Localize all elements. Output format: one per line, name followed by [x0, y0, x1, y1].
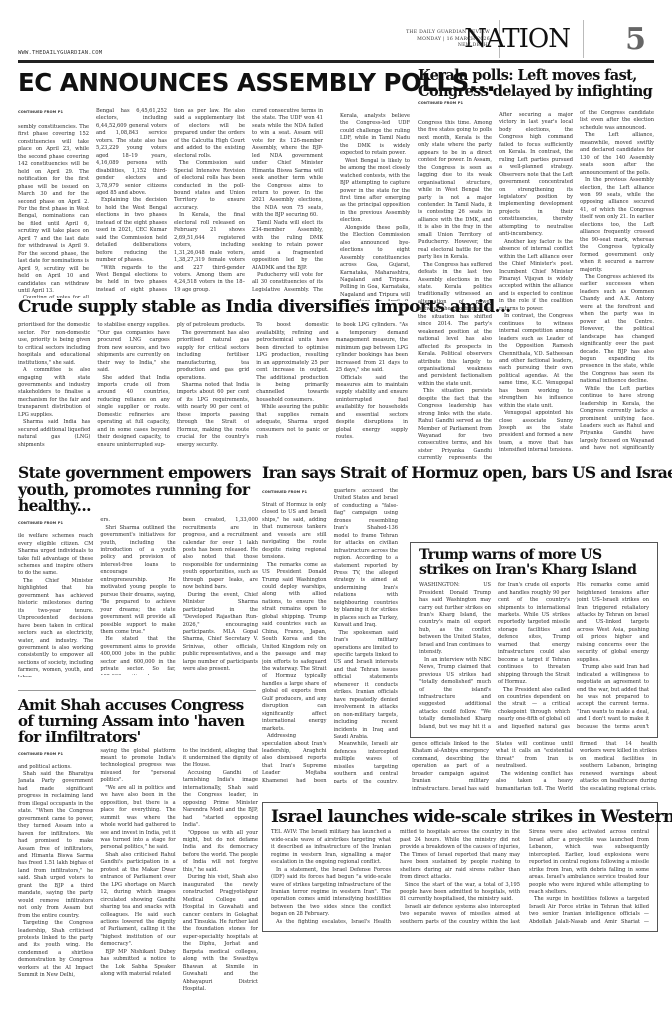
- paragraph: The spokesman said Iran's military opera…: [334, 630, 399, 742]
- paragraph: The President also called on countries d…: [498, 687, 570, 731]
- paragraph: The Congress achieved its earlier succes…: [580, 274, 654, 386]
- paragraph: Strait of Hormuz is only closed to US an…: [262, 502, 327, 562]
- headline: Kerala polls: Left moves fast, Congress …: [418, 68, 658, 99]
- paragraph: TEL AVIV: The Israeli military has launc…: [271, 829, 391, 866]
- paragraph: Sharma noted that India imports about 60…: [177, 382, 249, 449]
- paragraph: "With regards to the West Bengal electio…: [96, 265, 167, 294]
- column: to stabilise energy supplies. "Our gas c…: [97, 322, 169, 460]
- story-columns: Strait of Hormuz is only closed to US an…: [262, 498, 398, 783]
- paragraph: firmed that 14 health workers were kille…: [580, 741, 657, 793]
- column: of the Congress candidate list even afte…: [580, 110, 654, 450]
- continued-label: CONTINUED FROM P1: [418, 101, 668, 105]
- page-number: 5: [625, 22, 646, 57]
- paragraph: Shah also criticised Rahul Gandhi's part…: [100, 852, 175, 949]
- paragraph: To boost domestic availability, refining…: [256, 322, 328, 404]
- paragraph: During the event, Chief Minister Sharma …: [183, 592, 258, 674]
- column: to book LPG cylinders. "As a temporary d…: [336, 322, 408, 460]
- paragraph: Since the start of the war, a total of 3…: [400, 882, 520, 904]
- site-url: WWW.THEDAILYGUARDIAN.COM: [18, 50, 102, 56]
- paragraph: cured consecutive terms in the state. Th…: [252, 108, 323, 220]
- column: been created, 1,33,000 recruitments are …: [183, 517, 258, 675]
- column: prioritised for the domestic sector. For…: [18, 322, 90, 460]
- paragraph: In an interview with NBC News, Trump cla…: [419, 657, 491, 730]
- column: quarters accused the United States and I…: [334, 488, 399, 783]
- paragraph: gence officials linked to the Khatam al-…: [412, 741, 489, 793]
- column: and political actions.Shah said the Bhar…: [18, 760, 93, 1006]
- paragraph: A committee is also engaging with state …: [18, 367, 90, 419]
- story-columns: ile welfare schemes reach every eligible…: [18, 529, 258, 677]
- paragraph: tion as per law. He also said a suppleme…: [174, 108, 245, 160]
- paragraph: This situation persists despite the fact…: [418, 388, 492, 460]
- paragraph: The Commission said Special Intensive Re…: [174, 160, 245, 212]
- paragraph: Kerala, analysts believe the Congress-le…: [340, 113, 410, 158]
- headline: Crude supply stable as India diversifies…: [18, 298, 408, 316]
- paragraph: been created, 1,33,000 recruitments are …: [183, 517, 258, 592]
- paragraph: During his visit, Shah also inaugurated …: [183, 874, 258, 993]
- paragraph: BJP MP Nishikant Dubey has submitted a n…: [100, 949, 175, 979]
- paragraph: Congress this time. Among the five state…: [418, 120, 492, 262]
- paragraph: Meanwhile, Israeli air defences intercep…: [334, 741, 399, 783]
- column: Kerala, analysts believe the Congress-le…: [340, 113, 410, 301]
- section-name: NATION: [464, 24, 570, 54]
- story-columns: and political actions.Shah said the Bhar…: [18, 760, 258, 1006]
- column: ers.Shri Sharma outlined the government'…: [100, 517, 175, 675]
- paragraph: quarters accused the United States and I…: [334, 488, 399, 630]
- headline: Amit Shah accuses Congress of turning As…: [18, 697, 258, 746]
- paragraph: The government has also prioritised natu…: [177, 330, 249, 382]
- story-israel-strikes-box: Israel launches wide-scale strikes in We…: [262, 802, 658, 932]
- column: After securing a major victory in last y…: [499, 112, 573, 452]
- paragraph: In contrast, the Congress continues to w…: [499, 313, 573, 410]
- column: tion as per law. He also said a suppleme…: [174, 108, 245, 294]
- column: mitted to hospitals across the country i…: [400, 829, 520, 925]
- paragraph: The surge in hostilities follows a targe…: [529, 896, 649, 925]
- paragraph: While assuring the public that supplies …: [256, 404, 328, 441]
- masthead: WWW.THEDAILYGUARDIAN.COM THE DAILY GUARD…: [18, 18, 654, 60]
- paragraph: Sharma said India has secured additional…: [18, 419, 90, 449]
- paragraph: Explaining the decision to hold the West…: [96, 197, 167, 264]
- story-amit-shah: Amit Shah accuses Congress of turning As…: [18, 697, 258, 1017]
- paragraph: Shri Sharma outlined the government's in…: [100, 525, 175, 637]
- story-iran-tail: gence officials linked to the Khatam al-…: [412, 741, 657, 793]
- paragraph: In the previous Assembly election, the L…: [580, 177, 654, 274]
- column: saying the global platform meant to prom…: [100, 748, 175, 1004]
- story-trump-kharg-box: Trump warns of more US strikes on Iran's…: [410, 542, 658, 738]
- story-columns: Congress this time. Among the five state…: [418, 120, 654, 460]
- paragraph: The Left alliance, meanwhile, moved swif…: [580, 132, 654, 177]
- story-iran-body: CONTINUED FROM P1 Strait of Hormuz is on…: [262, 490, 398, 790]
- story-columns: WASHINGTON: US President Donald Trump ha…: [419, 582, 649, 730]
- paragraph: ply of petroleum products.: [177, 322, 249, 329]
- story-youth-running: State government empowers youth, promote…: [18, 465, 258, 665]
- column: TEL AVIV: The Israeli military has launc…: [271, 829, 391, 925]
- column: Strait of Hormuz is only closed to US an…: [262, 498, 327, 783]
- masthead-rule: [18, 60, 654, 63]
- paragraph: mitted to hospitals across the country i…: [400, 829, 520, 881]
- paragraph: While the Left parties continue to have …: [580, 386, 654, 450]
- paragraph: ers.: [100, 517, 175, 524]
- paragraph: In a statement, the Israel Defense Force…: [271, 867, 391, 919]
- paragraph: "Oppose us with all your might, but do n…: [183, 830, 258, 875]
- column: WASHINGTON: US President Donald Trump ha…: [419, 582, 491, 730]
- column: for Iran's crude oil exports and handles…: [498, 582, 570, 730]
- paragraph: Bengal has 6,45,61,252 electors, includi…: [96, 108, 167, 197]
- column: ply of petroleum products.The government…: [177, 322, 249, 460]
- paragraph: Alongside these polls, the Election Comm…: [340, 225, 410, 301]
- paragraph: for Iran's crude oil exports and handles…: [498, 582, 570, 686]
- paragraph: to the incident, alleging that it underm…: [183, 748, 258, 770]
- column: Congress this time. Among the five state…: [418, 120, 492, 460]
- paragraph: Israeli air defence systems also interce…: [400, 904, 520, 925]
- paragraph: Sirens were also activated across centra…: [529, 829, 649, 896]
- paragraph: Shah said the Bharatiya Janata Party gov…: [18, 771, 93, 920]
- paragraph: After securing a major victory in last y…: [499, 112, 573, 239]
- paragraph: of the Congress candidate list even afte…: [580, 110, 654, 132]
- paragraph: ile welfare schemes reach every eligible…: [18, 533, 93, 578]
- headline: EC ANNOUNCES ASSEMBLY POLLS...: [18, 68, 371, 98]
- headline: State government empowers youth, promote…: [18, 465, 258, 515]
- paragraph: sembly constituencies. The first phase c…: [18, 124, 89, 295]
- paragraph: As the fighting escalates, Israel's Heal…: [271, 919, 391, 926]
- paragraph: She added that India imports crude oil f…: [97, 375, 169, 450]
- paragraph: The widening conflict has also taken a h…: [496, 771, 573, 793]
- column: ile welfare schemes reach every eligible…: [18, 529, 93, 677]
- paragraph: West Bengal is likely to be among the mo…: [340, 158, 410, 225]
- paragraph: Tamil Nadu will elect its 234-member Ass…: [252, 220, 323, 272]
- paragraph: Venugopal appointed his close associate …: [499, 410, 573, 452]
- paragraph: The Congress has suffered defeats in the…: [418, 262, 492, 389]
- story-columns: prioritised for the domestic sector. For…: [18, 322, 408, 460]
- column: Sirens were also activated across centra…: [529, 829, 649, 925]
- story-kerala-body: Congress this time. Among the five state…: [418, 120, 654, 460]
- paragraph: His remarks come amid heightened tension…: [577, 582, 649, 664]
- paragraph: The remarks come as US President Donald …: [262, 562, 327, 733]
- column: sembly constituencies. The first phase c…: [18, 118, 89, 298]
- story-columns: TEL AVIV: The Israeli military has launc…: [271, 829, 649, 925]
- column: His remarks come amid heightened tension…: [577, 582, 649, 730]
- paragraph: Targeting the Congress leadership, Shah …: [18, 920, 93, 980]
- column: to the incident, alleging that it underm…: [183, 748, 258, 1004]
- story-ec-body: CONTINUED FROM P1 sembly constituencies.…: [18, 110, 323, 302]
- paragraph: prioritised for the domestic sector. For…: [18, 322, 90, 367]
- paragraph: WASHINGTON: US President Donald Trump ha…: [419, 582, 491, 657]
- column: Bengal has 6,45,61,252 electors, includi…: [96, 108, 167, 294]
- paragraph: and political actions.: [18, 764, 93, 771]
- paragraph: Puducherry will vote for all 30 constitu…: [252, 272, 323, 294]
- headline: Iran says Strait of Hormuz open, bars US…: [262, 465, 657, 482]
- paragraph: He stated that the government aims to pr…: [100, 636, 175, 675]
- headline: Israel launches wide-scale strikes in We…: [271, 808, 649, 826]
- headline: Trump warns of more US strikes on Iran's…: [419, 548, 651, 578]
- paragraph: The Chief Minister highlighted that his …: [18, 578, 93, 677]
- paragraph: Addressing speculation about Iran's lead…: [262, 733, 327, 783]
- section-divider: [18, 690, 256, 691]
- paragraph: Accusing Gandhi of tarnishing India's im…: [183, 770, 258, 830]
- column: cured consecutive terms in the state. Th…: [252, 108, 323, 294]
- paragraph: In Kerala, the final electoral roll rele…: [174, 212, 245, 294]
- paragraph: Trump also said Iran had indicated a wil…: [577, 664, 649, 730]
- column: States will continue until what it calls…: [496, 741, 573, 793]
- paragraph: to book LPG cylinders. "As a temporary d…: [336, 322, 408, 374]
- paragraph: Officials said the measures aim to maint…: [336, 375, 408, 442]
- paragraph: to stabilise energy supplies. "Our gas c…: [97, 322, 169, 374]
- story-crude-supply: Crude supply stable as India diversifies…: [18, 298, 408, 458]
- column: To boost domestic availability, refining…: [256, 322, 328, 460]
- story-ec-body-tail: Kerala, analysts believe the Congress-le…: [340, 113, 410, 303]
- column: firmed that 14 health workers were kille…: [580, 741, 657, 793]
- paragraph: saying the global platform meant to prom…: [100, 748, 175, 785]
- column: gence officials linked to the Khatam al-…: [412, 741, 489, 793]
- story-columns: sembly constituencies. The first phase c…: [18, 118, 323, 298]
- paragraph: "We are all in politics and we have also…: [100, 785, 175, 852]
- story-columns: gence officials linked to the Khatam al-…: [412, 741, 657, 793]
- paragraph: States will continue until what it calls…: [496, 741, 573, 771]
- story-columns: Kerala, analysts believe the Congress-le…: [340, 113, 410, 301]
- page-divider: [583, 20, 584, 58]
